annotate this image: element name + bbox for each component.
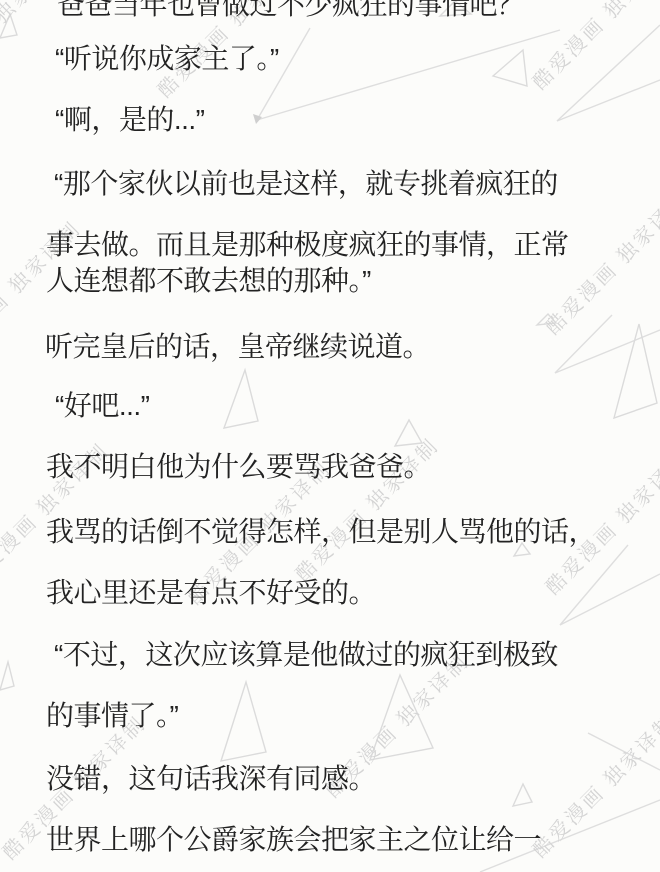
- text-line: “听说你成家主了。”: [55, 37, 279, 77]
- text-line: 听完皇后的话，皇帝继续说道。: [45, 325, 430, 365]
- text-line: 我骂的话倒不觉得怎样，但是别人骂他的话，: [46, 510, 596, 550]
- text-line: 的事情了。”: [46, 694, 178, 734]
- text-line-clipped-top: 爸爸当年也曾做过不少疯狂的事情吧？: [57, 0, 525, 23]
- text-line: “不过，这次应该算是他做过的疯狂到极致: [54, 633, 558, 673]
- text-line: 我不明白他为什么要骂我爸爸。: [46, 445, 431, 485]
- text-line: 没错，这句话我深有同感。: [46, 757, 376, 797]
- text-line: 我心里还是有点不好受的。: [46, 571, 376, 611]
- novel-text-page: 酷爱漫画 独家译制 酷爱漫画 独家译制 酷爱漫画 独家译制 酷爱漫画 独家译制 …: [0, 0, 660, 872]
- text-line: “好吧...”: [55, 384, 150, 424]
- text-line: “啊，是的...”: [55, 98, 205, 138]
- text-line: 世界上哪个公爵家族会把家主之位让给一: [46, 818, 541, 858]
- text-line: “那个家伙以前也是这样，就专挑着疯狂的: [54, 162, 558, 202]
- text-line: 人连想都不敢去想的那种。”: [46, 259, 371, 299]
- text-line: 事去做。而且是那种极度疯狂的事情，正常: [46, 223, 569, 263]
